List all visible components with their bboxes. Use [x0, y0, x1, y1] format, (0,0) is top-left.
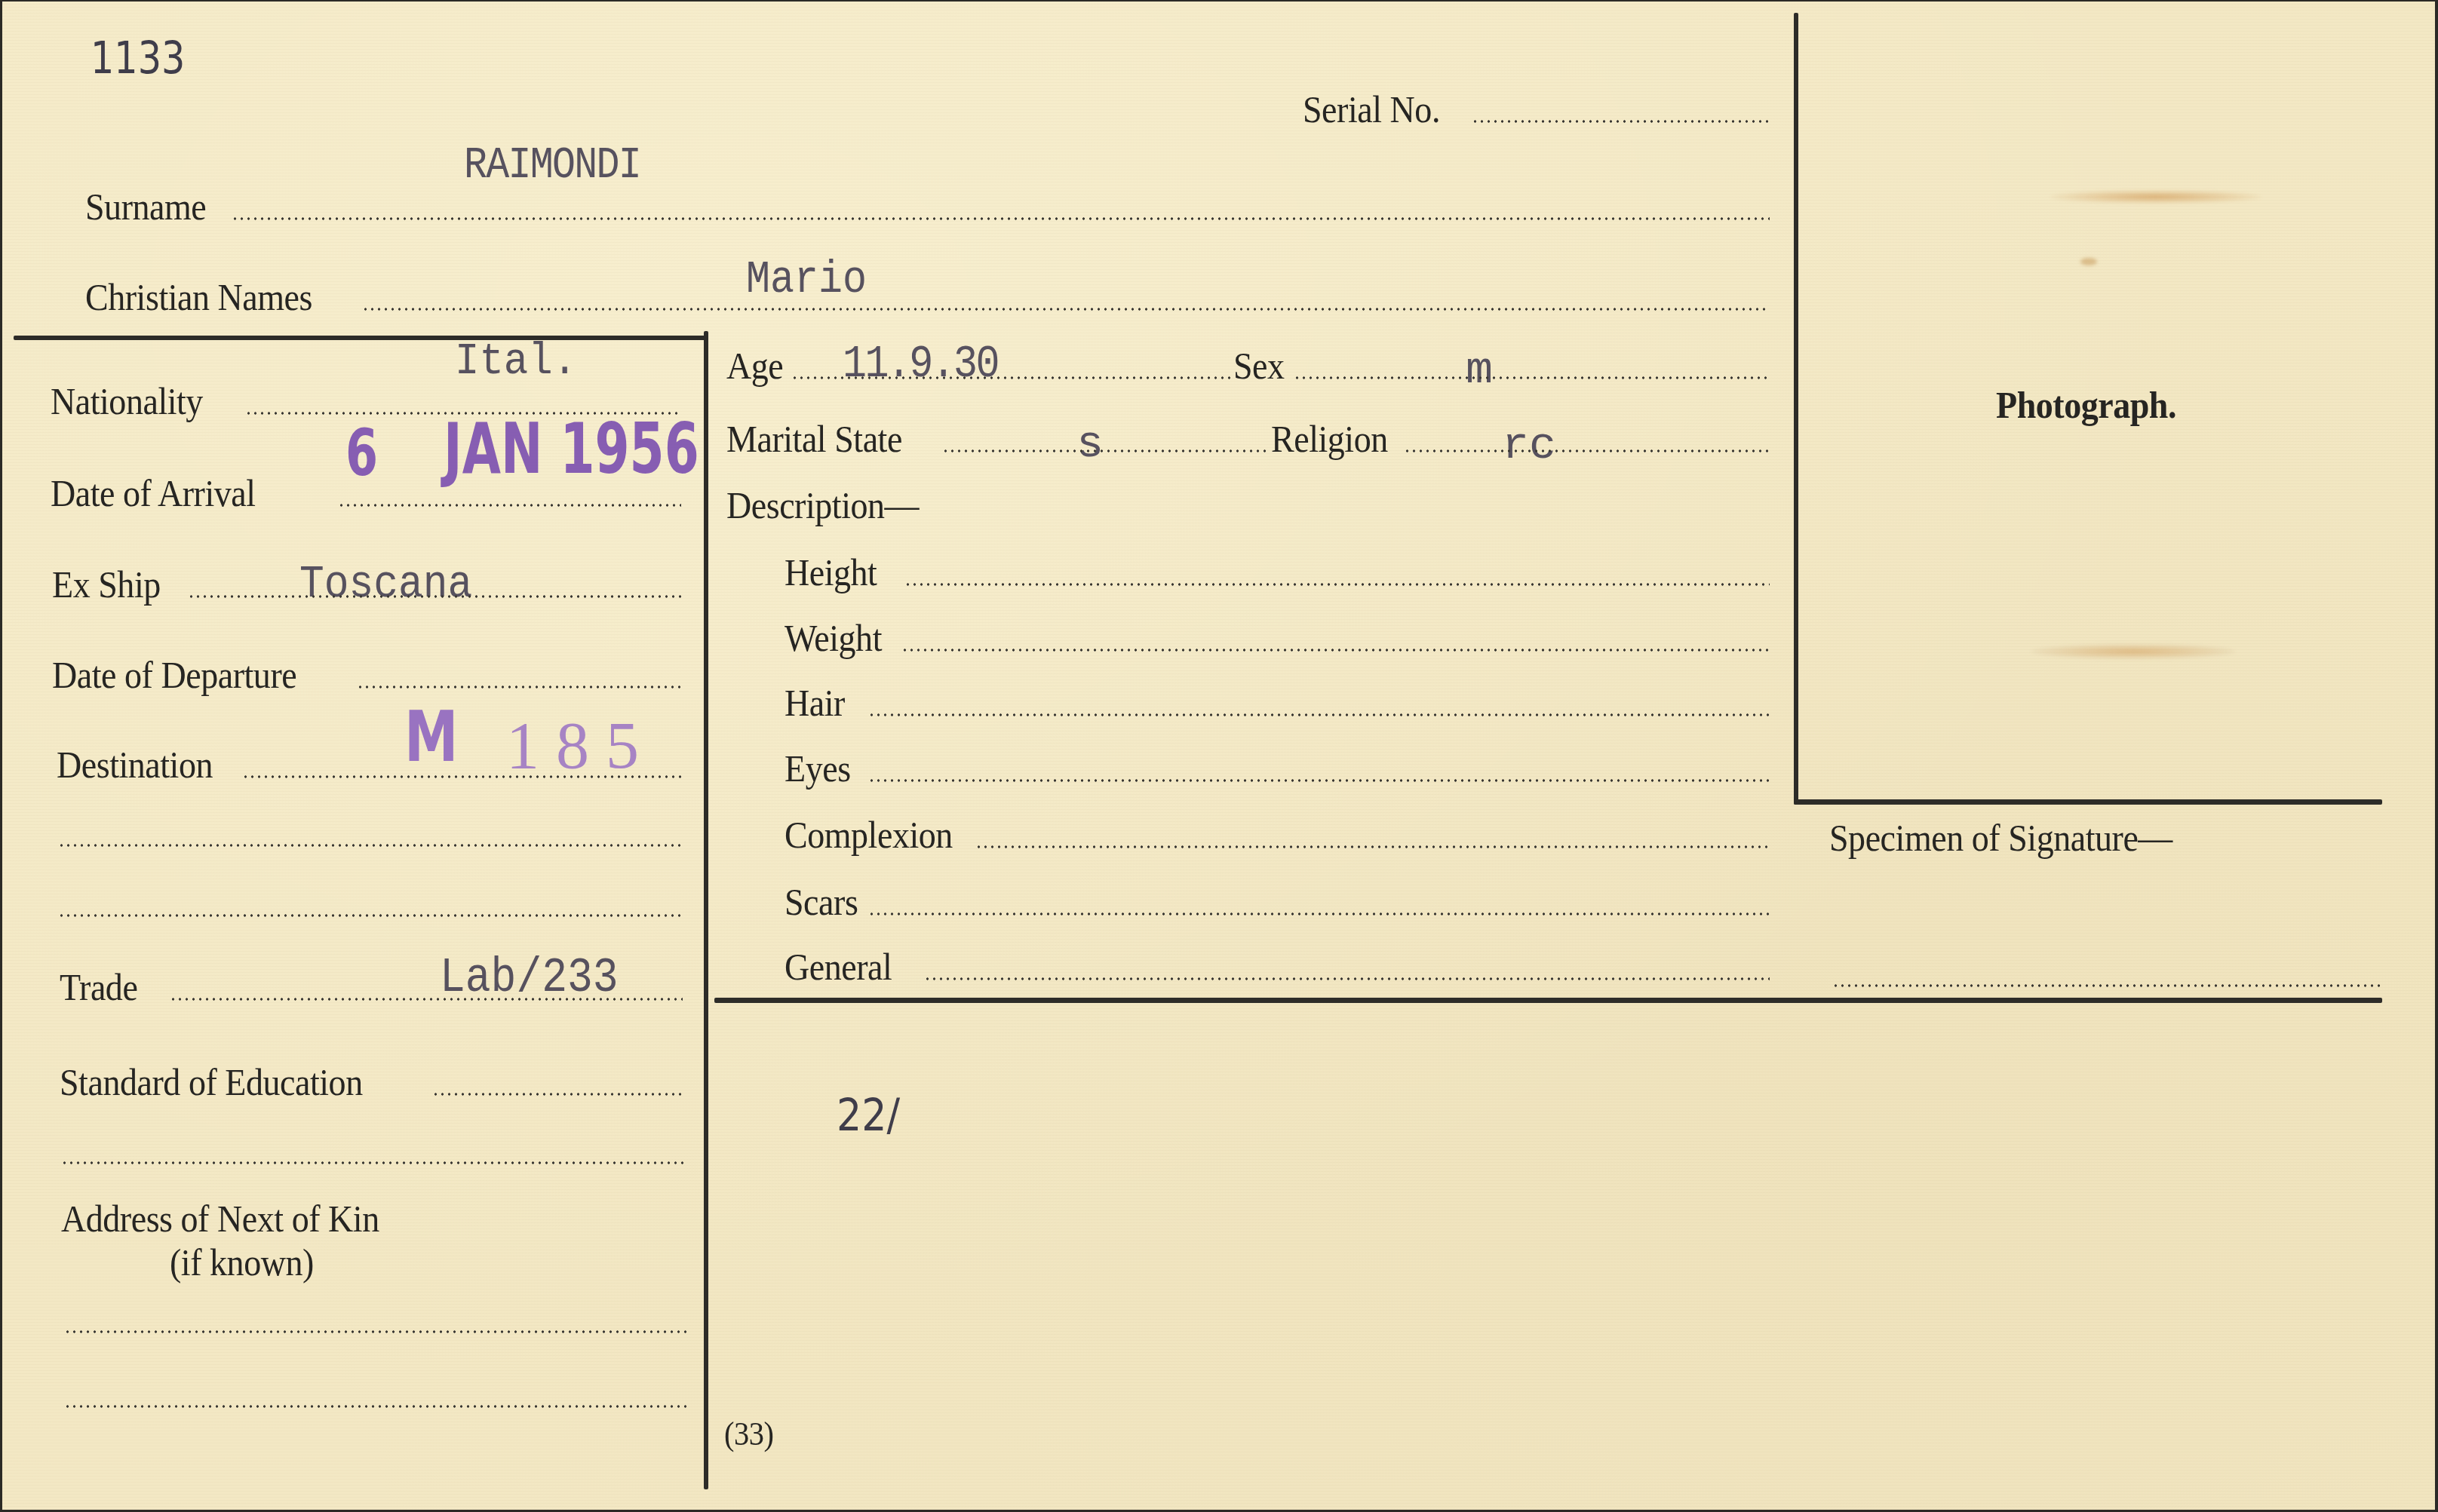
- ex-ship-value[interactable]: Toscana: [299, 561, 472, 608]
- destination-field[interactable]: [242, 775, 681, 778]
- destination-stamp-number: 185: [506, 713, 656, 780]
- description-bottom-rule: [714, 998, 2382, 1003]
- weight-field[interactable]: [901, 649, 1770, 652]
- age-field[interactable]: [791, 376, 1232, 379]
- christian-names-label: Christian Names: [85, 278, 312, 316]
- destination-extra-line-2[interactable]: [58, 914, 683, 917]
- top-horizontal-rule: [14, 336, 708, 340]
- next-of-kin-label: Address of Next of Kin: [61, 1200, 379, 1238]
- photograph-label: Photograph.: [1996, 386, 2176, 424]
- complexion-field[interactable]: [975, 845, 1770, 848]
- next-of-kin-line-1[interactable]: [64, 1330, 687, 1333]
- photo-vertical-divider: [1794, 13, 1798, 805]
- hair-field[interactable]: [868, 713, 1770, 716]
- signature-label: Specimen of Signature—: [1829, 819, 2172, 857]
- education-extra-line[interactable]: [61, 1161, 684, 1164]
- date-of-departure-label: Date of Departure: [52, 656, 296, 694]
- height-field[interactable]: [904, 583, 1770, 586]
- ex-ship-field[interactable]: [188, 595, 681, 598]
- hair-label: Hair: [785, 684, 845, 722]
- sex-value[interactable]: m: [1466, 348, 1493, 394]
- standard-of-education-field[interactable]: [432, 1093, 683, 1096]
- photo-glue-stain-dot: [2080, 258, 2097, 265]
- christian-names-field[interactable]: [362, 308, 1770, 311]
- surname-field[interactable]: [232, 217, 1770, 220]
- next-of-kin-sublabel: (if known): [170, 1244, 314, 1281]
- serial-no-field[interactable]: [1472, 120, 1770, 123]
- surname-label: Surname: [85, 188, 206, 225]
- photo-bottom-rule: [1794, 799, 2382, 805]
- next-of-kin-line-2[interactable]: [64, 1405, 687, 1408]
- marital-state-label: Marital State: [726, 420, 902, 458]
- height-label: Height: [785, 554, 877, 591]
- trade-label: Trade: [60, 968, 137, 1006]
- scars-label: Scars: [785, 883, 858, 921]
- serial-no-label: Serial No.: [1303, 90, 1440, 128]
- arrival-date-stamp-month-year: JAN 1956: [444, 415, 699, 484]
- eyes-label: Eyes: [785, 750, 851, 787]
- left-vertical-divider: [704, 331, 708, 1489]
- eyes-field[interactable]: [868, 779, 1770, 782]
- annotation-22: 22/: [837, 1093, 900, 1137]
- photo-glue-stain-top: [2050, 190, 2261, 204]
- date-of-arrival-field[interactable]: [338, 504, 681, 507]
- sex-label: Sex: [1233, 347, 1285, 385]
- marital-state-field[interactable]: [942, 449, 1270, 452]
- destination-extra-line-1[interactable]: [58, 844, 683, 847]
- trade-value[interactable]: Lab/233: [440, 955, 619, 1003]
- sex-field[interactable]: [1294, 376, 1770, 379]
- marital-state-value[interactable]: s: [1076, 422, 1104, 468]
- arrival-date-stamp-day: 6: [345, 421, 378, 486]
- nationality-label: Nationality: [51, 382, 203, 420]
- destination-stamp-letter: M: [404, 703, 458, 772]
- standard-of-education-label: Standard of Education: [60, 1063, 363, 1101]
- complexion-label: Complexion: [785, 816, 953, 854]
- trade-field[interactable]: [170, 998, 683, 1001]
- surname-value[interactable]: RAIMONDI: [464, 143, 640, 189]
- age-value[interactable]: 11.9.30: [843, 341, 998, 388]
- religion-value[interactable]: rc: [1502, 424, 1556, 469]
- christian-names-value[interactable]: Mario: [746, 256, 867, 303]
- general-label: General: [785, 948, 892, 986]
- scars-field[interactable]: [868, 912, 1770, 915]
- religion-field[interactable]: [1404, 449, 1770, 452]
- signature-field[interactable]: [1832, 984, 2383, 987]
- age-label: Age: [726, 347, 783, 385]
- registration-card: 1133 Serial No. RAIMONDI Surname Mario C…: [2, 2, 2435, 1510]
- photo-glue-stain-bottom: [2031, 644, 2235, 659]
- weight-label: Weight: [785, 619, 882, 657]
- file-number: 1133: [91, 36, 185, 80]
- religion-label: Religion: [1271, 420, 1388, 458]
- ex-ship-label: Ex Ship: [52, 566, 161, 603]
- description-heading: Description—: [726, 486, 919, 524]
- date-of-arrival-label: Date of Arrival: [51, 474, 256, 512]
- general-field[interactable]: [924, 977, 1770, 980]
- nationality-value[interactable]: Ital.: [455, 339, 577, 385]
- form-number: (33): [724, 1418, 774, 1451]
- date-of-departure-field[interactable]: [357, 685, 681, 689]
- destination-label: Destination: [57, 746, 213, 784]
